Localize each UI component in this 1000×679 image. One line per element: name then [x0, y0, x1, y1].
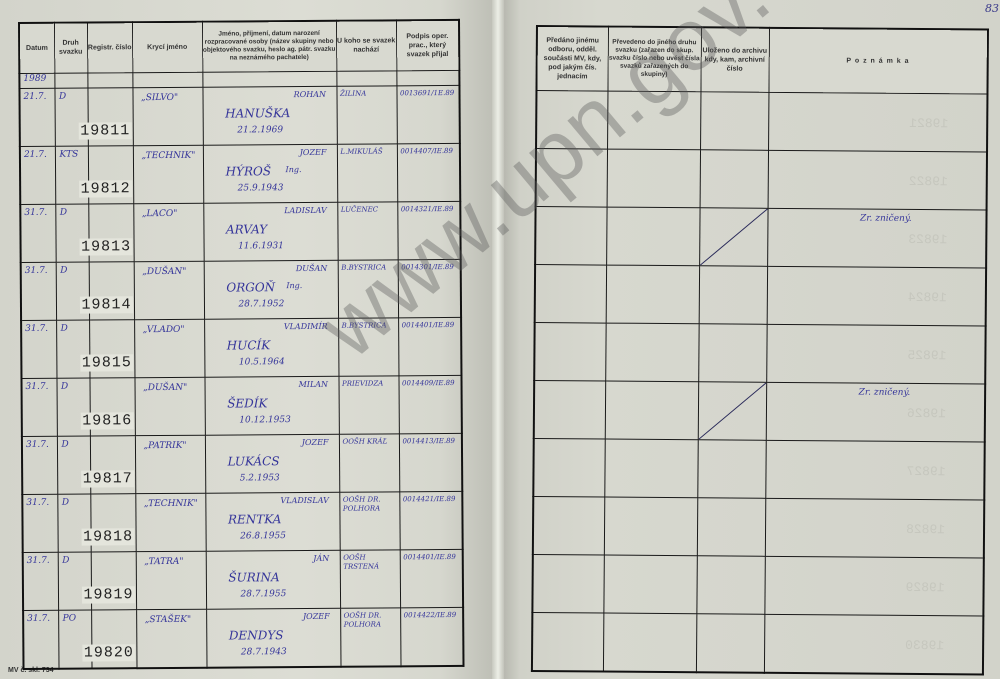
person-cell: LADISLAVARVAY11.6.1931: [203, 202, 337, 261]
bleed-through-number: 19824: [907, 289, 946, 304]
header-note: P o z n á m k a: [768, 28, 987, 94]
signature: 0014321/IE.89: [401, 204, 454, 212]
table-row: 19822: [536, 148, 987, 210]
signature-cell: 0014321/IE.89: [397, 201, 460, 259]
reg-no-cell: 19820: [91, 609, 136, 668]
transferred-cell: [536, 148, 607, 207]
location-cell: OOŠH DR. POLHORA: [340, 607, 400, 666]
table-row: 31.7.D19816„DUŠAN"MILANŠEDÍK10.12.1953PR…: [21, 375, 461, 436]
table-row: 21.7.D19811„SILVO"ROHANHANUŠKA21.2.1969Ž…: [19, 85, 459, 146]
table-row: 19830: [532, 612, 983, 674]
date-of-birth: 28.7.1955: [240, 589, 286, 599]
location-cell: OOŠH TRSTENÁ: [340, 549, 400, 607]
transferred-cell: [535, 264, 606, 323]
last-name: LUKÁCS: [228, 454, 280, 468]
first-name: ROHAN: [294, 89, 326, 98]
file-type: D: [60, 207, 67, 217]
cover-name: „TECHNIK": [141, 150, 195, 160]
archived-cell: [696, 613, 764, 672]
location-cell: OOŠH KRÁĽ: [339, 433, 399, 491]
location: OOŠH KRÁĽ: [342, 437, 396, 446]
converted-cell: [604, 497, 697, 556]
signature-cell: 0014422/IE.89: [400, 607, 463, 666]
location: OOŠH TRSTENÁ: [343, 553, 397, 571]
register-table-right: Předáno jinému odboru, odděl. součásti M…: [531, 25, 989, 675]
note-cell: 19827: [765, 440, 984, 500]
first-name: LADISLAV: [284, 205, 327, 214]
table-row: 31.7.D19814„DUŠAN"DUŠANORGOŇIng.28.7.195…: [21, 259, 461, 320]
header-converted: Převedeno do jiného druhu svazku (zařaze…: [607, 27, 700, 92]
header-type: Druh svazku: [54, 23, 87, 73]
file-type: D: [61, 323, 68, 333]
cover-name: „PATRIK": [143, 440, 186, 450]
cover-name: „TECHNIK": [144, 498, 198, 508]
last-name: ARVAY: [226, 222, 267, 236]
date: 31.7.: [26, 439, 49, 449]
registration-number: 19812: [80, 180, 132, 197]
converted-cell: [606, 265, 699, 324]
location: LUČENEC: [341, 205, 395, 214]
cover-name: „TATRA": [144, 556, 183, 566]
cover-name-cell: „VLADO": [134, 319, 204, 377]
last-name: RENTKA: [228, 512, 282, 526]
cover-name-cell: „TECHNIK": [133, 145, 203, 203]
first-name: JOZEF: [300, 147, 327, 156]
last-name: ŠEDÍK: [227, 396, 267, 410]
location: B.BYSTRICA: [342, 321, 396, 330]
archived-cell: [700, 91, 768, 150]
last-name: ORGOŇ: [226, 280, 275, 294]
file-type: D: [61, 439, 68, 449]
bleed-through-number: 19822: [908, 173, 947, 188]
location: ŽILINA: [340, 89, 394, 98]
cover-name: „DUŠAN": [142, 266, 186, 276]
registration-number: 19816: [81, 412, 133, 429]
file-type: PO: [63, 613, 77, 623]
bleed-through-number: 19825: [907, 347, 946, 362]
cover-name-cell: „TECHNIK": [135, 493, 205, 551]
location: OOŠH DR. POLHORA: [344, 611, 398, 629]
location: OOŠH DR. POLHORA: [343, 495, 397, 513]
archived-cell: [697, 439, 765, 498]
signature-cell: 0014401/IE.89: [398, 317, 461, 375]
archived-cell: [698, 381, 766, 440]
signature-cell: 0014421/IE.89: [399, 491, 462, 549]
converted-cell: [604, 439, 697, 498]
date: 31.7.: [25, 265, 48, 275]
bleed-through-number: 19827: [906, 463, 945, 478]
converted-cell: [603, 613, 696, 672]
header-archived: Uloženo do archivu kdy, kam, archivní čí…: [700, 27, 769, 92]
reg-no-cell: 19815: [89, 319, 134, 377]
header-location: U koho se svazek nachází: [336, 20, 396, 70]
date-cell: 31.7.: [21, 320, 56, 378]
date-of-birth: 28.7.1943: [241, 647, 287, 657]
last-name: HUCÍK: [227, 338, 271, 352]
first-name: MILAN: [299, 379, 329, 388]
table-row: 19825: [534, 322, 985, 384]
person-cell: MILANŠEDÍK10.12.1953: [204, 376, 338, 435]
location: B.BYSTRICA: [341, 263, 395, 272]
cover-name: „STAŠEK": [145, 614, 192, 624]
date: 31.7.: [26, 381, 49, 391]
reg-no-cell: 19816: [89, 377, 134, 435]
note-cell: 19828: [765, 498, 984, 558]
cover-name: „SILVO": [141, 92, 178, 102]
location-cell: LUČENEC: [337, 201, 397, 259]
title: Ing.: [286, 281, 302, 290]
file-type: D: [60, 265, 67, 275]
archived-cell: [699, 207, 767, 266]
date-of-birth: 10.12.1953: [239, 415, 291, 425]
cover-name: „LACO": [142, 208, 178, 218]
cover-name-cell: „SILVO": [132, 87, 202, 145]
archived-cell: [696, 555, 764, 614]
registration-number: 19813: [80, 238, 132, 255]
date-cell: 31.7.: [23, 610, 58, 669]
header-reg-no: Registr. číslo: [87, 22, 132, 72]
converted-cell: [607, 91, 700, 150]
person-cell: JOZEFDENDYS28.7.1943: [206, 608, 340, 667]
registration-number: 19817: [82, 470, 134, 487]
reg-no-cell: 19813: [88, 203, 133, 261]
note-text: Zr. zničený.: [860, 213, 912, 223]
first-name: JOZEF: [302, 437, 329, 446]
signature: 0014301/IE.89: [401, 262, 454, 270]
registration-number: 19820: [83, 644, 135, 661]
archived-cell: [698, 323, 766, 382]
transferred-cell: [536, 90, 607, 149]
cover-name: „DUŠAN": [143, 382, 187, 392]
registration-number: 19819: [82, 586, 134, 603]
signature-cell: 0014409/IE.89: [398, 375, 461, 433]
table-row: Zr. zničený.19826: [534, 380, 985, 442]
file-type: D: [62, 497, 69, 507]
signature-cell: 0014401/IE.89: [400, 549, 463, 607]
reg-no-cell: 19819: [91, 551, 136, 609]
signature: 0014409/IE.89: [402, 378, 455, 386]
cover-name-cell: „DUŠAN": [134, 377, 204, 435]
header-row: Datum Druh svazku Registr. číslo Krycí j…: [19, 20, 459, 73]
table-row: 19827: [533, 438, 984, 500]
signature: 0014422/IE.89: [404, 610, 457, 618]
last-name: HÝROŠ: [225, 164, 271, 178]
signature: 0014421/IE.89: [403, 494, 456, 502]
bleed-through-number: 19826: [906, 405, 945, 420]
date: 21.7.: [23, 91, 46, 101]
date: 31.7.: [27, 613, 50, 623]
location-cell: PRIEVIDZA: [338, 375, 398, 433]
note-cell: 19822: [768, 150, 987, 210]
strike-slash: [700, 208, 767, 266]
table-row: 19821: [536, 90, 987, 152]
transferred-cell: [533, 438, 604, 497]
page-number: 83: [985, 2, 999, 15]
date-cell: 31.7.: [21, 378, 56, 436]
table-row: 31.7.PO19820„STAŠEK"JOZEFDENDYS28.7.1943…: [23, 607, 463, 669]
signature: 0013691/1E.89: [400, 88, 454, 96]
date: 21.7.: [24, 149, 47, 159]
register-table-left: Datum Druh svazku Registr. číslo Krycí j…: [18, 19, 465, 670]
location-cell: B.BYSTRICA: [338, 317, 398, 375]
table-row: 31.7.D19819„TATRA"JÁNŠURINA28.7.1955OOŠH…: [23, 549, 463, 610]
book-gutter: [492, 0, 504, 679]
signature: 0014401/IE.89: [402, 320, 455, 328]
last-name: DENDYS: [229, 628, 284, 642]
person-cell: JOZEFHÝROŠIng.25.9.1943: [203, 144, 337, 203]
registration-number: 19811: [79, 122, 131, 139]
date-of-birth: 26.8.1955: [240, 531, 286, 541]
date-cell: 31.7.: [23, 552, 58, 610]
converted-cell: [607, 149, 700, 208]
registration-number: 19815: [81, 354, 133, 371]
cover-name-cell: „DUŠAN": [134, 261, 204, 319]
date-cell: 31.7.: [21, 262, 56, 320]
file-type: D: [62, 555, 69, 565]
title: Ing.: [286, 165, 302, 174]
date-of-birth: 25.9.1943: [238, 183, 284, 193]
strike-slash: [698, 382, 765, 440]
first-name: JÁN: [313, 553, 329, 562]
cover-name-cell: „TATRA": [136, 551, 206, 609]
reg-no-cell: 19811: [87, 87, 132, 145]
date-of-birth: 11.6.1931: [238, 241, 284, 251]
transferred-cell: [534, 322, 605, 381]
bleed-through-number: 19829: [905, 579, 944, 594]
cover-name-cell: „PATRIK": [135, 435, 205, 493]
reg-no-cell: 19814: [89, 261, 134, 319]
person-cell: ROHANHANUŠKA21.2.1969: [202, 86, 336, 145]
cover-name-cell: „STAŠEK": [136, 609, 206, 668]
signature: 0014401/IE.89: [403, 552, 456, 560]
signature-cell: 0014413/IE.89: [399, 433, 462, 491]
table-row: 19824: [535, 264, 986, 326]
date-of-birth: 28.7.1952: [238, 299, 284, 309]
archived-cell: [699, 265, 767, 324]
table-row: 19828: [533, 496, 984, 558]
cover-name-cell: „LACO": [133, 203, 203, 261]
bleed-through-number: 19828: [905, 521, 944, 536]
location-cell: B.BYSTRICA: [338, 259, 398, 317]
converted-cell: [606, 207, 699, 266]
date: 31.7.: [25, 323, 48, 333]
table-row: 31.7.D19815„VLADO"VLADIMÍRHUCÍK10.5.1964…: [21, 317, 461, 378]
converted-cell: [603, 555, 696, 614]
first-name: JOZEF: [303, 611, 330, 620]
bleed-through-number: 19830: [905, 637, 944, 652]
note-cell: Zr. zničený.19826: [766, 382, 985, 442]
location-cell: ŽILINA: [336, 85, 396, 143]
file-type: D: [59, 91, 66, 101]
last-name: HANUŠKA: [225, 106, 290, 120]
date: 31.7.: [27, 555, 50, 565]
first-name: VLADIMÍR: [284, 321, 328, 330]
signature-cell: 0013691/1E.89: [396, 85, 459, 143]
first-name: DUŠAN: [296, 263, 327, 272]
transferred-cell: [532, 612, 603, 671]
person-cell: JOZEFLUKÁCS5.2.1953: [205, 434, 339, 493]
last-name: ŠURINA: [228, 570, 279, 584]
signature: 0014407/IE.89: [400, 146, 453, 154]
date: 31.7.: [24, 207, 47, 217]
date-cell: 31.7.: [22, 494, 57, 552]
date-cell: 21.7.: [19, 88, 54, 146]
note-text: Zr. zničený.: [859, 387, 911, 397]
person-cell: DUŠANORGOŇIng.28.7.1952: [204, 260, 338, 319]
header-cover-name: Krycí jméno: [132, 22, 202, 72]
registration-number: 19814: [80, 296, 132, 313]
signature-cell: 0014407/IE.89: [397, 143, 460, 201]
note-cell: 19825: [766, 324, 985, 384]
transferred-cell: [533, 496, 604, 555]
transferred-cell: [534, 380, 605, 439]
bleed-through-number: 19823: [908, 231, 947, 246]
date-cell: 21.7.: [20, 146, 55, 204]
ledger-spread: 83 MV č. skl. 734 Datum Druh svazku Regi…: [0, 0, 1000, 679]
signature: 0014413/IE.89: [402, 436, 455, 444]
date-cell: 31.7.: [22, 436, 57, 494]
cover-name: „VLADO": [143, 324, 185, 334]
year-label: 1989: [23, 73, 46, 83]
date-cell: 31.7.: [20, 204, 55, 262]
reg-no-cell: 19818: [90, 493, 135, 551]
header-row-right: Předáno jinému odboru, odděl. součásti M…: [536, 26, 987, 94]
date-of-birth: 10.5.1964: [239, 357, 285, 367]
note-cell: 19821: [768, 92, 987, 152]
location-cell: L.MIKULÁŠ: [337, 143, 397, 201]
note-cell: 19830: [764, 614, 983, 674]
location: L.MIKULÁŠ: [340, 147, 394, 156]
header-signature: Podpis oper. prac., který svazek přijal: [396, 20, 459, 70]
note-cell: Zr. zničený.19823: [767, 208, 986, 268]
table-row: 19829: [532, 554, 983, 616]
table-row: Zr. zničený.19823: [535, 206, 986, 268]
file-type: D: [61, 381, 68, 391]
note-cell: 19829: [764, 556, 983, 616]
person-cell: VLADISLAVRENTKA26.8.1955: [205, 492, 339, 551]
header-transferred: Předáno jinému odboru, odděl. součásti M…: [536, 26, 608, 91]
date: 31.7.: [26, 497, 49, 507]
reg-no-cell: 19817: [90, 435, 135, 493]
date-of-birth: 21.2.1969: [237, 125, 283, 135]
table-row: 31.7.D19818„TECHNIK"VLADISLAVRENTKA26.8.…: [22, 491, 462, 552]
bleed-through-number: 19821: [909, 115, 948, 130]
person-cell: VLADIMÍRHUCÍK10.5.1964: [204, 318, 338, 377]
person-cell: JÁNŠURINA28.7.1955: [206, 550, 340, 609]
converted-cell: [605, 381, 698, 440]
location: PRIEVIDZA: [342, 379, 396, 388]
first-name: VLADISLAV: [280, 495, 328, 504]
file-type: KTS: [59, 149, 78, 159]
registration-number: 19818: [82, 528, 134, 545]
archived-cell: [700, 149, 768, 208]
archived-cell: [697, 497, 765, 556]
table-row: 21.7.KTS19812„TECHNIK"JOZEFHÝROŠIng.25.9…: [20, 143, 460, 204]
location-cell: OOŠH DR. POLHORA: [339, 491, 399, 549]
table-row: 31.7.D19813„LACO"LADISLAVARVAY11.6.1931L…: [20, 201, 460, 262]
header-person: Jméno, příjmení, datum narození rozpraco…: [202, 21, 336, 72]
reg-no-cell: 19812: [88, 145, 133, 203]
converted-cell: [605, 323, 698, 382]
table-row: 31.7.D19817„PATRIK"JOZEFLUKÁCS5.2.1953OO…: [22, 433, 462, 494]
date-of-birth: 5.2.1953: [240, 473, 280, 483]
transferred-cell: [535, 206, 606, 265]
header-date: Datum: [19, 23, 54, 73]
transferred-cell: [532, 554, 603, 613]
note-cell: 19824: [767, 266, 986, 326]
signature-cell: 0014301/IE.89: [398, 259, 461, 317]
